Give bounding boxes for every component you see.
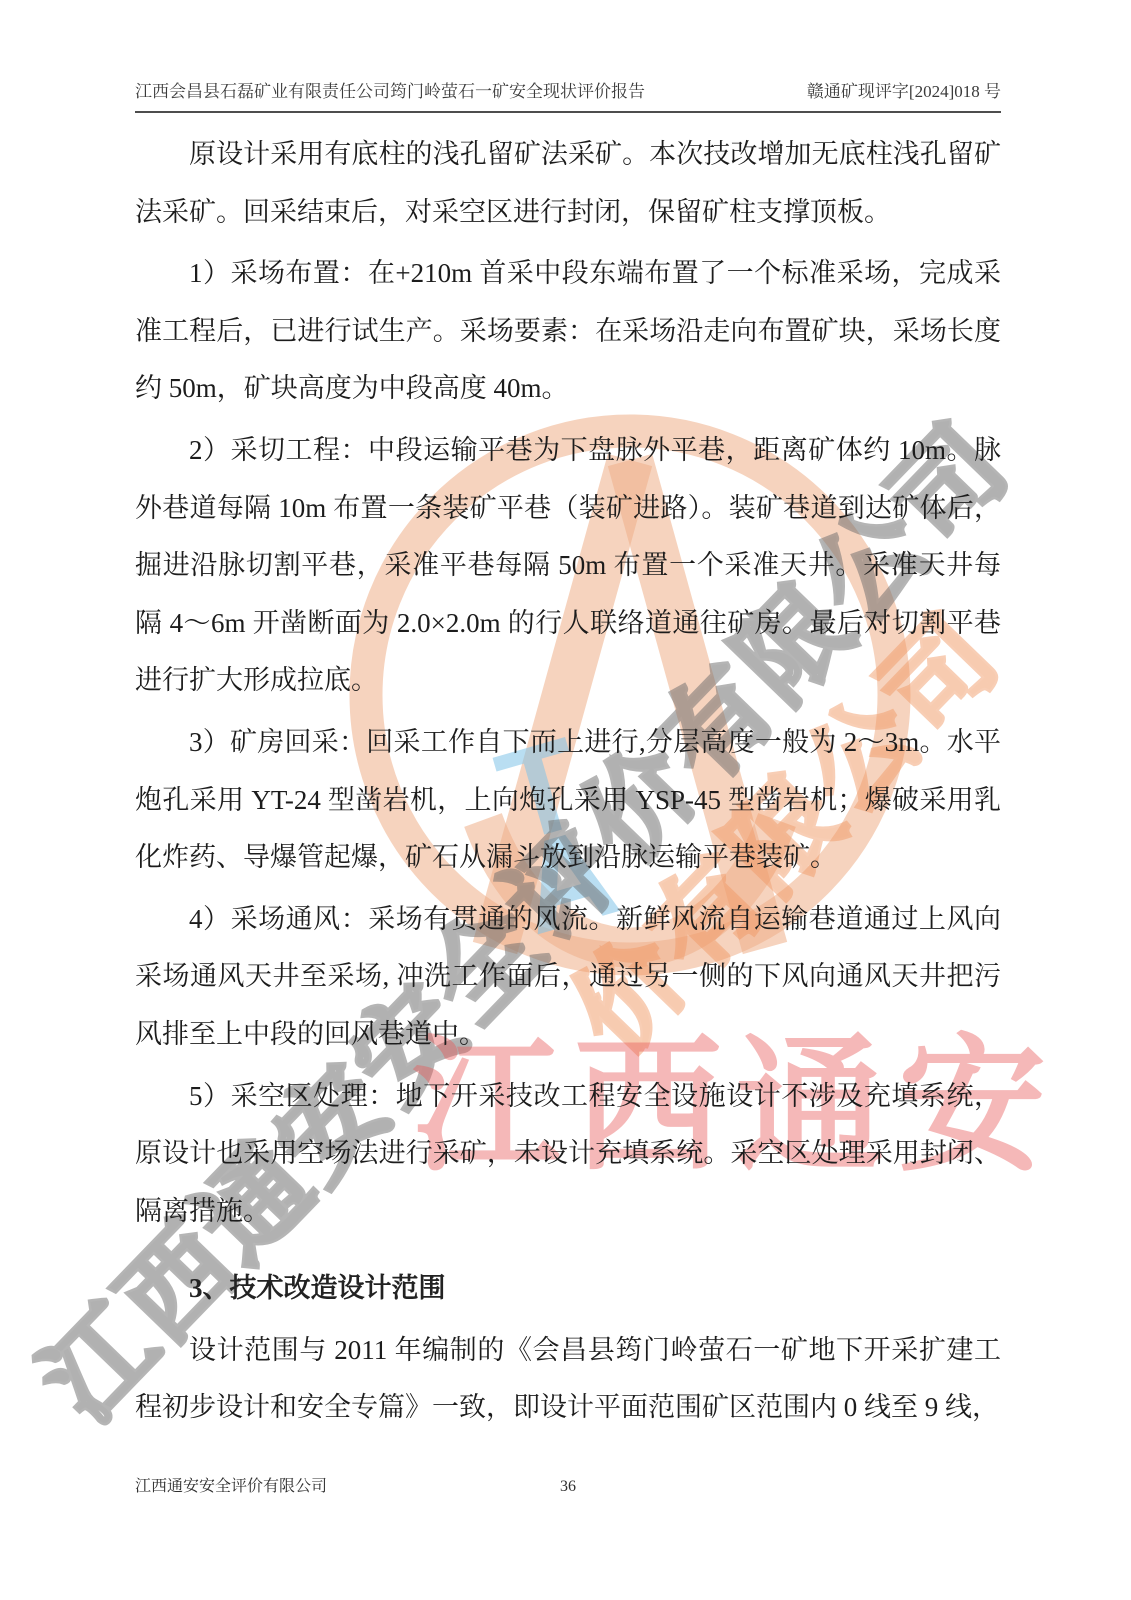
footer-page-number: 36 <box>135 1476 1001 1498</box>
paragraph: 原设计采用有底柱的浅孔留矿法采矿。本次技改增加无底柱浅孔留矿法采矿。回采结束后，… <box>135 126 1001 241</box>
paragraph: 5）采空区处理：地下开采技改工程安全设施设计不涉及充填系统，原设计也采用空场法进… <box>135 1068 1001 1241</box>
page-header: 江西会昌县石磊矿业有限责任公司筠门岭萤石一矿安全现状评价报告 赣通矿现评字[20… <box>135 80 1001 113</box>
paragraph: 4）采场通风：采场有贯通的风流。新鲜风流自运输巷道通过上风向采场通风天井至采场,… <box>135 891 1001 1064</box>
paragraph: 2）采切工程：中段运输平巷为下盘脉外平巷，距离矿体约 10m。脉外巷道每隔 10… <box>135 422 1001 710</box>
header-document-number: 赣通矿现评字[2024]018 号 <box>807 80 1001 104</box>
header-report-title: 江西会昌县石磊矿业有限责任公司筠门岭萤石一矿安全现状评价报告 <box>135 80 645 104</box>
page-footer: 江西通安安全评价有限公司 36 <box>135 1476 1001 1498</box>
document-body: 原设计采用有底柱的浅孔留矿法采矿。本次技改增加无底柱浅孔留矿法采矿。回采结束后，… <box>135 126 1001 1441</box>
report-page: T A 江西通安安全评价有限公司 价有限公司 江西通安 江西会昌县石磊矿业有限责… <box>0 0 1131 1600</box>
paragraph: 3）矿房回采：回采工作自下而上进行,分层高度一般为 2～3m。水平炮孔采用 YT… <box>135 714 1001 887</box>
paragraph: 1）采场布置：在+210m 首采中段东端布置了一个标准采场，完成采准工程后，已进… <box>135 245 1001 418</box>
paragraph: 设计范围与 2011 年编制的《会昌县筠门岭萤石一矿地下开采扩建工程初步设计和安… <box>135 1322 1001 1437</box>
section-heading: 3、技术改造设计范围 <box>135 1260 1001 1318</box>
